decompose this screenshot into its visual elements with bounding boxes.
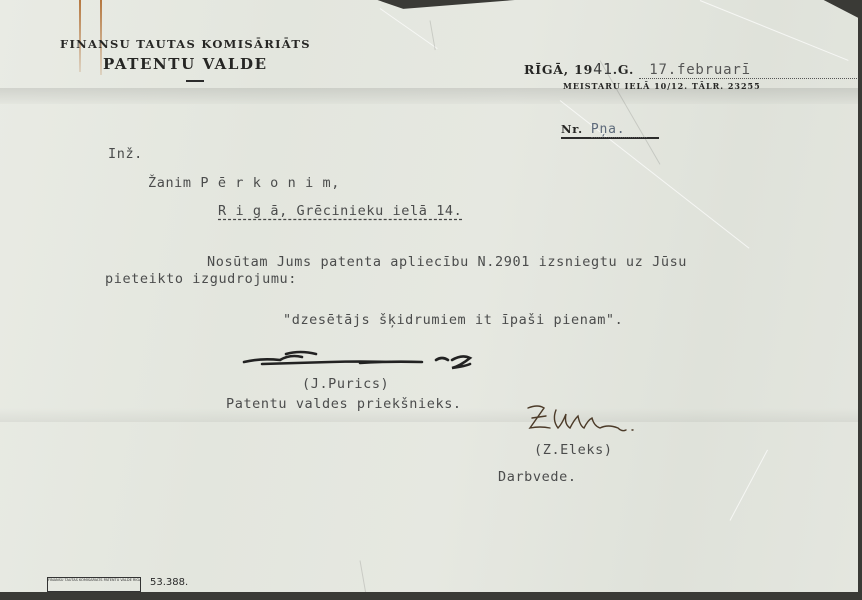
office-address: MEISTARU IELĀ 10/12. TĀLR. 23255	[563, 81, 761, 91]
place-prefix: RĪGĀ, 19	[524, 62, 593, 77]
g-label: .G.	[613, 62, 634, 77]
department-name: PATENTU VALDE	[103, 55, 268, 73]
ministry-name: FINANSU TAUTAS KOMISĀRIĀTS	[60, 37, 311, 51]
printer-stamp: FINANSU TAUTAS KOMISĀRIĀTS PATENTU VALDE…	[47, 577, 141, 592]
recipient-address: R i g ā, Grēcinieku ielā 14.	[218, 203, 462, 219]
reference-value: Pņa.	[591, 122, 648, 138]
invention-title: "dzesētājs šķidrumiem it īpaši pienam".	[283, 312, 623, 328]
body-line-1: Nosūtam Jums patenta apliecību N.2901 iz…	[207, 254, 687, 270]
recipient-title: Inž.	[108, 146, 143, 162]
signatory-1-title: Patentu valdes priekšnieks.	[226, 396, 462, 412]
dateline: RĪGĀ, 1941.G. 17.februarī	[524, 60, 859, 79]
crease	[700, 0, 849, 61]
crease	[380, 8, 438, 49]
letter-paper: FINANSU TAUTAS KOMISĀRIĀTS PATENTU VALDE…	[0, 0, 858, 592]
reference-number: Nr.Pņa.	[561, 122, 659, 139]
signatory-2-title: Darbvede.	[498, 469, 577, 485]
rust-stain	[79, 0, 81, 72]
letterhead-rule	[186, 80, 204, 82]
year-suffix: 41	[593, 60, 613, 78]
form-number: 53.388.	[150, 577, 188, 588]
date-value: 17.februarī	[649, 62, 751, 78]
signatory-2-name: (Z.Eleks)	[534, 442, 613, 458]
body-line-2: pieteikto izgudrojumu:	[105, 271, 297, 287]
reference-label: Nr.	[561, 122, 583, 136]
recipient-name: Žanim P ē r k o n i m,	[148, 175, 340, 191]
signature-eleks	[522, 400, 652, 436]
signature-purics	[240, 348, 480, 378]
signatory-1-name: (J.Purics)	[302, 376, 389, 392]
crease	[730, 450, 768, 521]
crease	[360, 560, 368, 600]
